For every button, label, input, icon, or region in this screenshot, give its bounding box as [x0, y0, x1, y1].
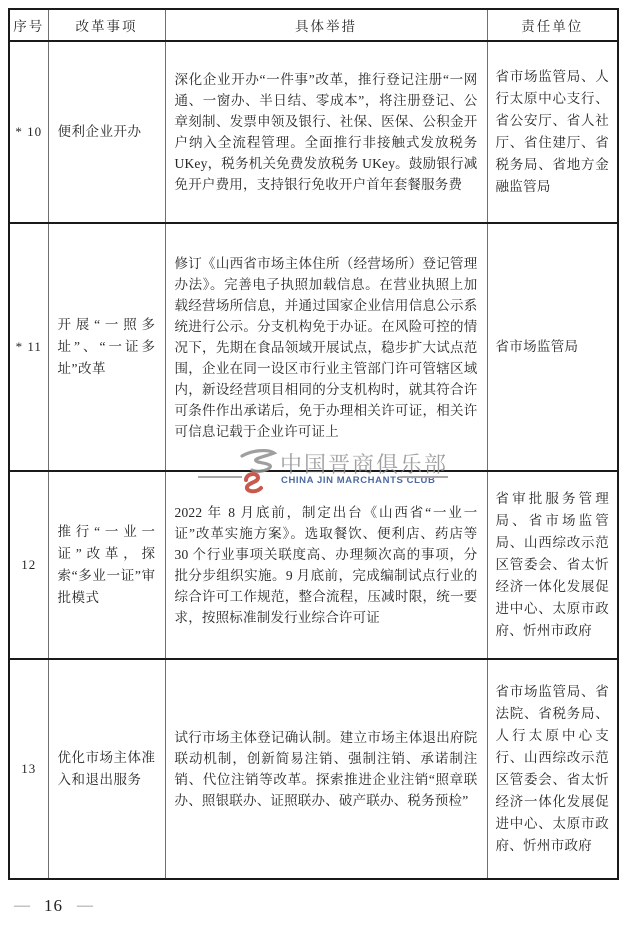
table-header-row: 序号 改革事项 具体举措 责任单位: [9, 9, 618, 41]
page-number: 16: [44, 896, 63, 916]
cell-serial-number: 12: [9, 471, 48, 659]
cell-reform-item: 开展“一照多址”、“一证多址”改革: [48, 223, 165, 471]
cell-responsible-unit: 省市场监管局: [487, 223, 618, 471]
footer-dash-right: —: [77, 897, 93, 915]
table-row: * 11 开展“一照多址”、“一证多址”改革 修订《山西省市场主体住所（经营场所…: [9, 223, 618, 471]
cell-specific-measures: 修订《山西省市场主体住所（经营场所）登记管理办法》。完善电子执照加载信息。在营业…: [165, 223, 487, 471]
cell-specific-measures: 深化企业开办“一件事”改革，推行登记注册“一网通、一窗办、半日结、零成本”，将注…: [165, 41, 487, 223]
header-serial-number: 序号: [9, 9, 48, 41]
table-row: * 10 便利企业开办 深化企业开办“一件事”改革，推行登记注册“一网通、一窗办…: [9, 41, 618, 223]
cell-serial-number: 13: [9, 659, 48, 879]
table-row: 13 优化市场主体准入和退出服务 试行市场主体登记确认制。建立市场主体退出府院联…: [9, 659, 618, 879]
cell-responsible-unit: 省市场监管局、省法院、省税务局、人行太原中心支行、山西综改示范区管委会、省太忻经…: [487, 659, 618, 879]
footer-dash-left: —: [14, 897, 30, 915]
page-footer: — 16 —: [14, 896, 93, 916]
document-page: 序号 改革事项 具体举措 责任单位 * 10 便利企业开办 深化企业开办“一件事…: [0, 0, 632, 939]
cell-responsible-unit: 省审批服务管理局、省市场监管局、山西综改示范区管委会、省太忻经济一体化发展促进中…: [487, 471, 618, 659]
cell-reform-item: 便利企业开办: [48, 41, 165, 223]
header-responsible-unit: 责任单位: [487, 9, 618, 41]
table-row: 12 推行“一业一证”改革，探索“多业一证”审批模式 2022 年 8 月底前，…: [9, 471, 618, 659]
cell-reform-item: 推行“一业一证”改革，探索“多业一证”审批模式: [48, 471, 165, 659]
cell-serial-number: * 10: [9, 41, 48, 223]
reform-measures-table: 序号 改革事项 具体举措 责任单位 * 10 便利企业开办 深化企业开办“一件事…: [8, 8, 619, 880]
cell-specific-measures: 试行市场主体登记确认制。建立市场主体退出府院联动机制，创新简易注销、强制注销、承…: [165, 659, 487, 879]
cell-serial-number: * 11: [9, 223, 48, 471]
cell-reform-item: 优化市场主体准入和退出服务: [48, 659, 165, 879]
cell-specific-measures: 2022 年 8 月底前，制定出台《山西省“一业一证”改革实施方案》。选取餐饮、…: [165, 471, 487, 659]
cell-responsible-unit: 省市场监管局、人行太原中心支行、省公安厅、省人社厅、省住建厅、省税务局、省地方金…: [487, 41, 618, 223]
header-reform-item: 改革事项: [48, 9, 165, 41]
header-specific-measures: 具体举措: [165, 9, 487, 41]
